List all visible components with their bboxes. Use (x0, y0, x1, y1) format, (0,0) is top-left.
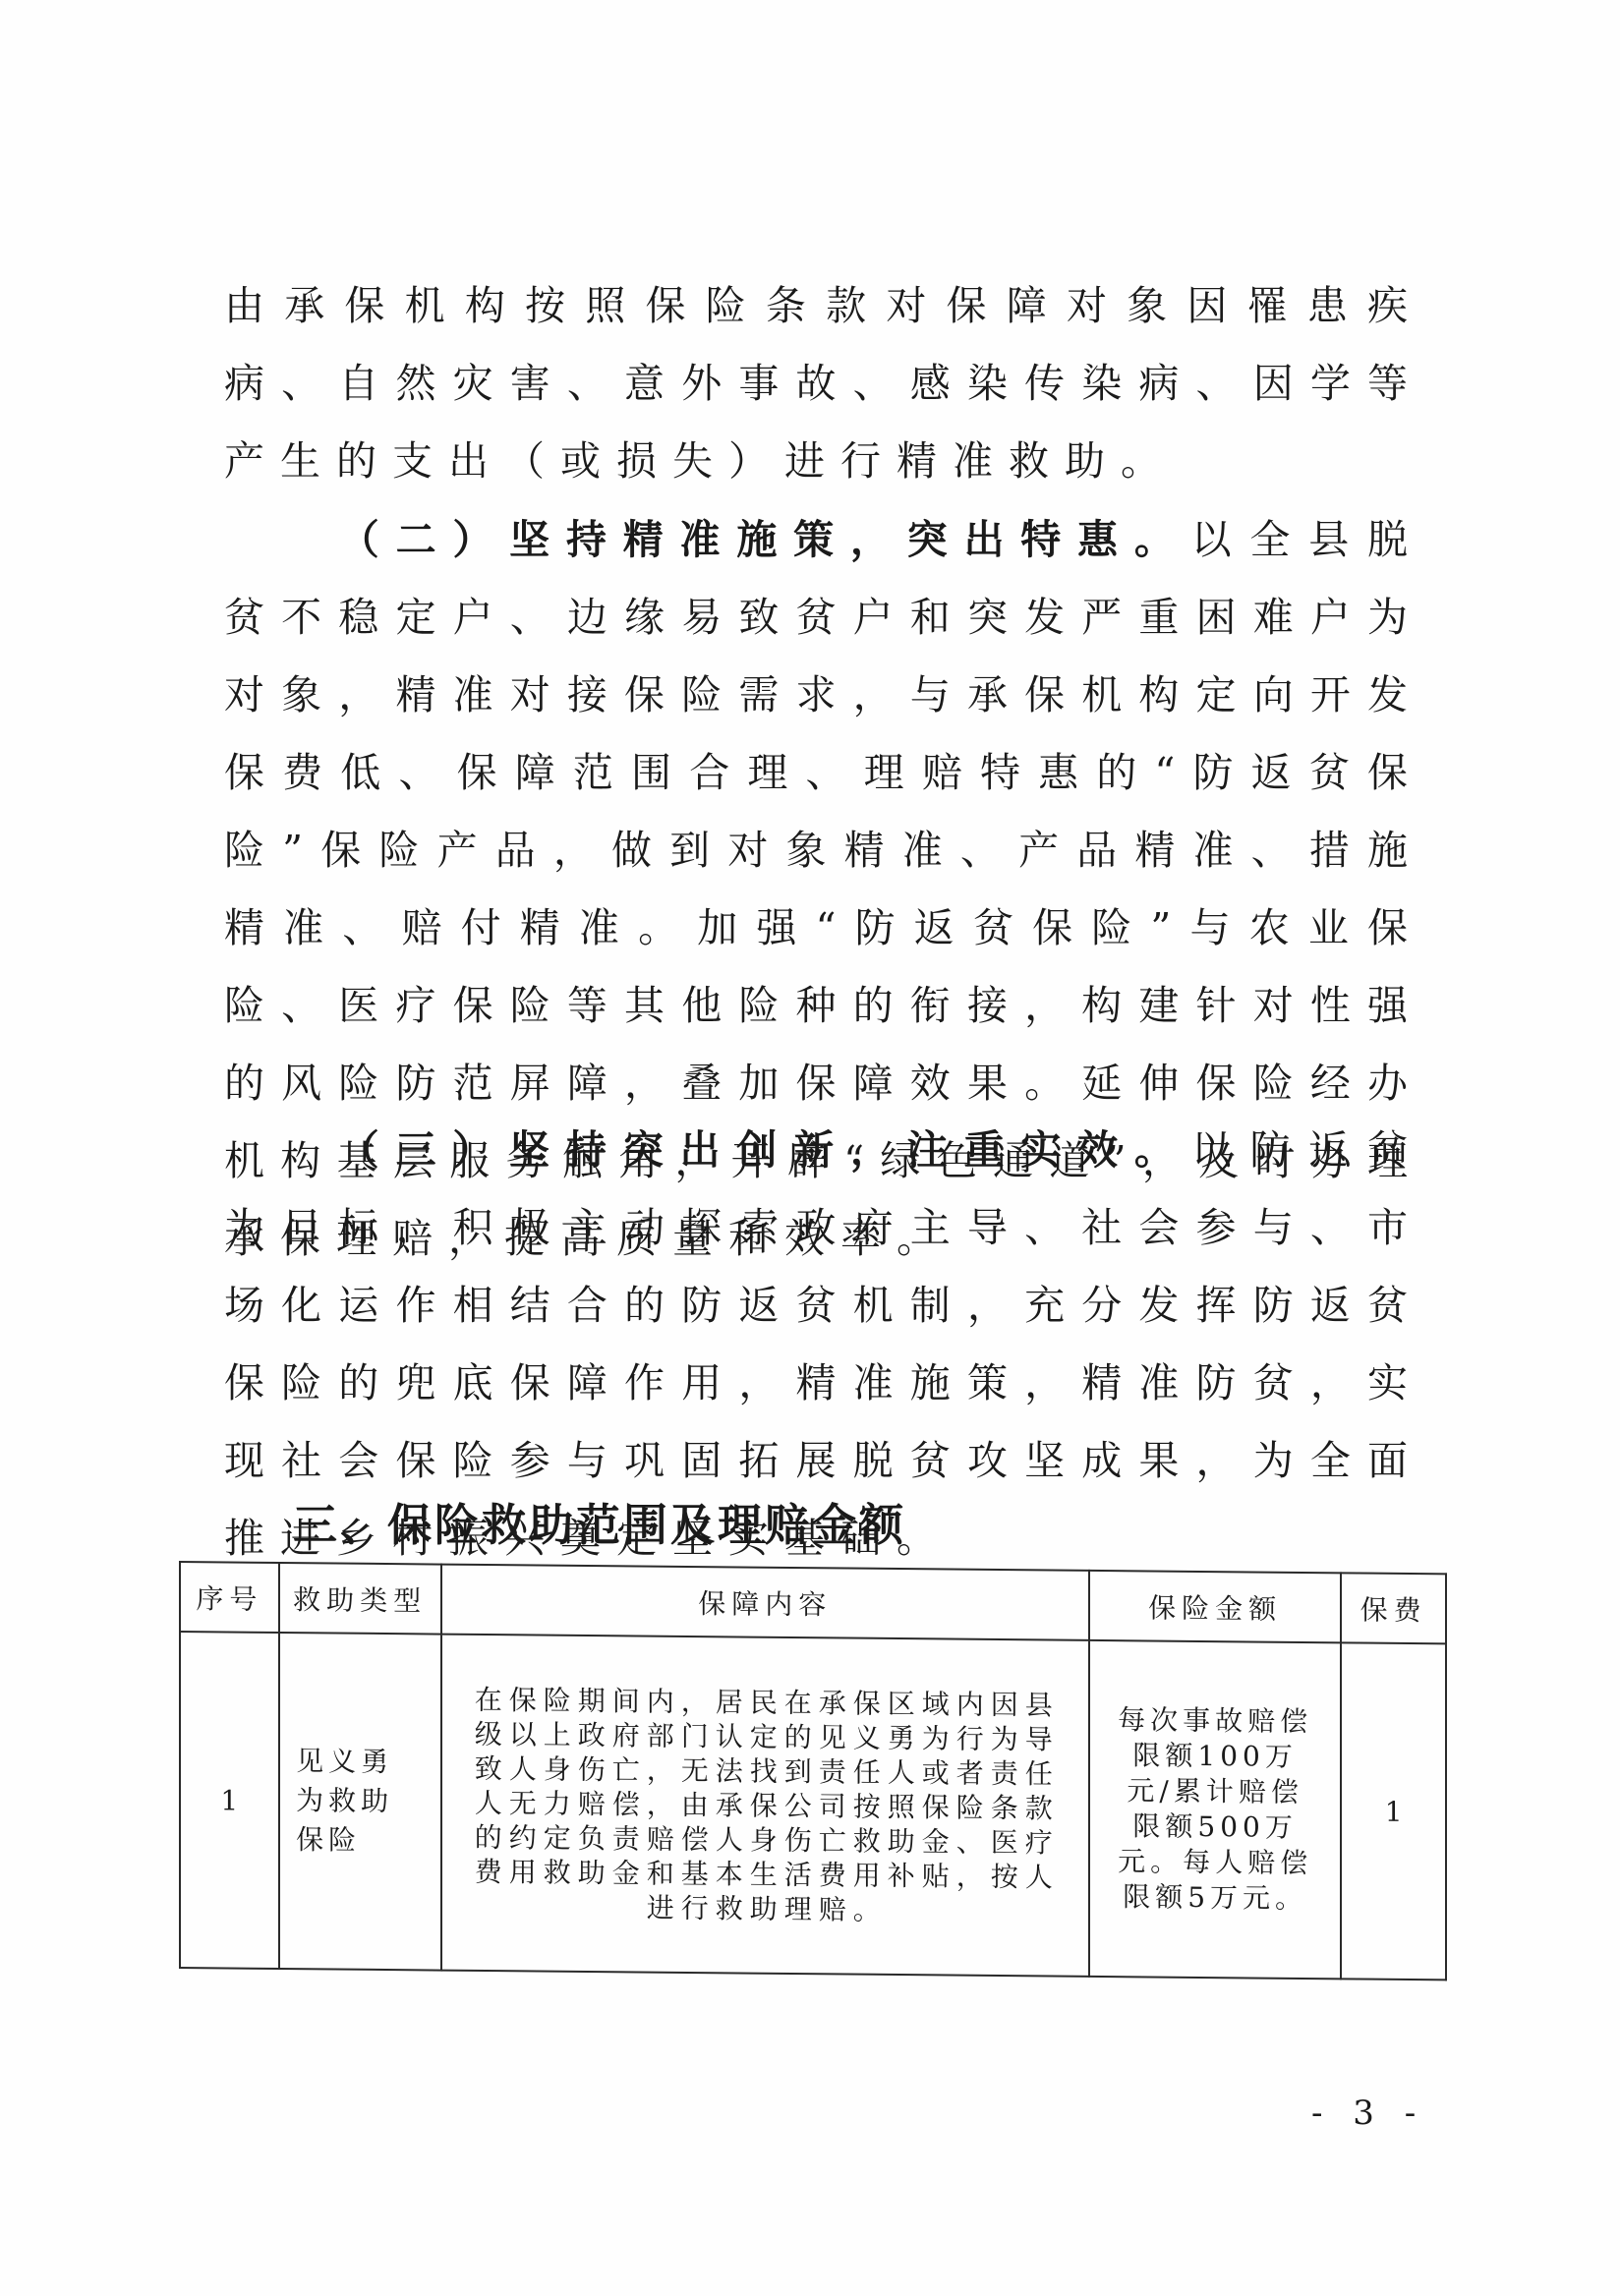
paragraph-text: 由承保机构按照保险条款对保障对象因罹患疾病、自然灾害、意外事故、感染传染病、因学… (224, 282, 1423, 485)
document-page: 由承保机构按照保险条款对保障对象因罹患疾病、自然灾害、意外事故、感染传染病、因学… (0, 0, 1620, 2296)
cell-amount: 每次事故赔偿限额100万元/累计赔偿限额500万元。每人赔偿限额5万元。 (1089, 1640, 1341, 1979)
cell-fee: 1 (1341, 1642, 1446, 1980)
cell-type: 见义勇为救助保险 (296, 1742, 424, 1861)
table-header-row: 序号 救助类型 保障内容 保险金额 保费 (180, 1562, 1446, 1643)
paragraph-heading: （三）坚持突出创新，注重实效。 (336, 1126, 1191, 1174)
paragraph-continuation: 由承保机构按照保险条款对保障对象因罹患疾病、自然灾害、意外事故、感染传染病、因学… (224, 267, 1423, 500)
header-amount: 保险金额 (1089, 1571, 1341, 1642)
cell-content: 在保险期间内，居民在承保区域内因县级以上政府部门认定的见义勇为行为导致人身伤亡，… (441, 1635, 1089, 1977)
header-type: 救助类型 (279, 1563, 441, 1635)
header-fee: 保费 (1341, 1573, 1446, 1643)
cell-seq: 1 (180, 1632, 279, 1969)
cell-type-wrap: 见义勇为救助保险 (279, 1633, 441, 1971)
table-row: 1 见义勇为救助保险 在保险期间内，居民在承保区域内因县级以上政府部门认定的见义… (180, 1632, 1446, 1980)
section-title: 三、保险救助范围及理赔金额 (293, 1496, 906, 1555)
header-content: 保障内容 (441, 1565, 1089, 1640)
paragraph-heading: （二）坚持精准施策，突出特惠。 (336, 516, 1191, 563)
coverage-table: 序号 救助类型 保障内容 保险金额 保费 1 见义勇为救助保险 在保险期间内，居… (179, 1561, 1447, 1980)
header-seq: 序号 (180, 1562, 279, 1633)
page-number: - 3 - (1311, 2094, 1425, 2133)
